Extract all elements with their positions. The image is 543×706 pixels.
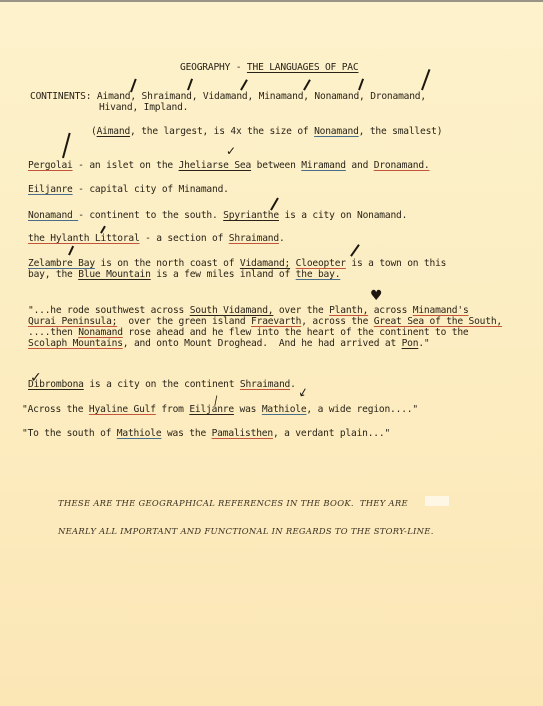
quote1-line-1: "...he rode southwest across South Vidam…	[28, 305, 469, 316]
title-prefix: GEOGRAPHY -	[180, 62, 247, 73]
entry-dibrombona: Dibrombona is a city on the continent Sh…	[28, 379, 296, 390]
text: between	[251, 160, 301, 171]
term: Miramand	[301, 160, 346, 171]
text: - a section of	[140, 233, 229, 244]
term: Mathiole	[117, 428, 162, 439]
term: Pamalisthen	[212, 428, 273, 439]
continent-hivand: Hivand	[99, 102, 132, 113]
continent-nonamand: Nonamand	[314, 91, 359, 102]
text: "To the south of	[22, 428, 117, 439]
term: Fraevarth	[251, 316, 301, 327]
term: Planth,	[329, 305, 368, 316]
term: Dronamand.	[374, 160, 430, 171]
entry-hylanth: the Hylanth Littoral - a section of Shra…	[28, 233, 285, 244]
quote2: "Across the Hyaline Gulf from Eiljanre w…	[22, 404, 418, 415]
term: Cloeopter	[296, 258, 346, 269]
heart-check-mark-icon: ♥	[370, 288, 383, 304]
text: ."	[418, 338, 429, 349]
continent-shraimand: Shraimand	[142, 91, 192, 102]
page-title: GEOGRAPHY - THE LANGUAGES OF PAC	[180, 62, 358, 73]
text: - capital city of Minamand.	[73, 184, 229, 195]
continent-dronamand: Dronamand	[370, 91, 420, 102]
text: .	[279, 233, 285, 244]
term: the bay.	[296, 269, 341, 280]
term: Shraimand	[229, 233, 279, 244]
continents-label: CONTINENTS:	[30, 91, 91, 102]
text: is a few miles inland of	[151, 269, 296, 280]
text: rose ahead and he flew into the heart of…	[123, 327, 469, 338]
continent-vidamand: Vidamand	[203, 91, 248, 102]
term: Great Sea of the South,	[374, 316, 502, 327]
term: Shraimand	[240, 379, 290, 390]
check-mark-icon	[350, 244, 359, 256]
footer-line-2: NEARLY ALL IMPORTANT AND FUNCTIONAL IN R…	[58, 526, 434, 536]
term: Blue Mountain	[78, 269, 151, 280]
check-mark-icon: ✓	[226, 144, 236, 158]
text: over the	[273, 305, 329, 316]
text: is a city on the continent	[84, 379, 240, 390]
continent-minamand: Minamand	[259, 91, 304, 102]
term: Qurai Peninsula;	[28, 316, 117, 327]
entry-eiljanre: Eiljanre - capital city of Minamand.	[28, 184, 229, 195]
check-mark-icon	[270, 197, 278, 210]
quote1-line-2: Qurai Peninsula; over the green island F…	[28, 316, 502, 327]
check-mark-icon	[303, 79, 310, 90]
term: Eiljanre	[189, 404, 234, 415]
check-mark-icon	[358, 78, 364, 90]
note-nonamand: Nonamand	[314, 126, 359, 137]
text: and	[346, 160, 374, 171]
note-mid: , the largest, is 4x the size of	[130, 126, 314, 137]
term: Pon	[402, 338, 419, 349]
term: Hyaline Gulf	[89, 404, 156, 415]
check-mark-icon	[62, 133, 70, 159]
text: is a town on this	[346, 258, 446, 269]
text: - an islet on the	[73, 160, 179, 171]
continent-impland: Impland	[144, 102, 183, 113]
text: across	[368, 305, 413, 316]
term: Spyrianthe	[223, 210, 279, 221]
text: , across the	[301, 316, 374, 327]
term: Nonamand	[78, 327, 123, 338]
text: from	[156, 404, 189, 415]
text: "Across the	[22, 404, 89, 415]
note-aimand: Aimand	[97, 126, 130, 137]
text: ....then	[28, 327, 78, 338]
continents-line-2: Hivand, Impland.	[99, 102, 188, 113]
text: over the green island	[117, 316, 251, 327]
note-end: , the smallest)	[359, 126, 443, 137]
term: South Vidamand,	[190, 305, 274, 316]
entry-pergolai: Pergolai - an islet on the Jheliarse Sea…	[28, 160, 430, 171]
text: , a wide region...."	[306, 404, 418, 415]
term: Vidamand;	[240, 258, 290, 269]
term: Eiljanre	[28, 184, 73, 195]
text: .	[290, 379, 296, 390]
footer-line-1: THESE ARE THE GEOGRAPHICAL REFERENCES IN…	[58, 498, 408, 508]
continents-size-note: (Aimand, the largest, is 4x the size of …	[91, 126, 442, 137]
term: Jheliarse Sea	[179, 160, 252, 171]
continents-line-1: CONTINENTS: Aimand, Shraimand, Vidamand,…	[30, 91, 426, 102]
term: Pergolai	[28, 160, 73, 171]
continent-aimand: Aimand	[97, 91, 130, 102]
circled-check-mark-icon: ✓	[30, 370, 42, 386]
check-mark-icon	[421, 69, 430, 90]
text: is on the north coast of	[95, 258, 240, 269]
correction-whiteout	[425, 496, 449, 506]
term: Minamand's	[413, 305, 469, 316]
term: Scolaph Mountains	[28, 338, 123, 349]
quote1-line-3: ....then Nonamand rose ahead and he flew…	[28, 327, 469, 338]
check-mark-icon	[240, 79, 247, 90]
text: , a verdant plain..."	[273, 428, 390, 439]
text: was	[234, 404, 262, 415]
term: the Hylanth Littoral	[28, 233, 140, 244]
text: was the	[161, 428, 211, 439]
text: "...he rode southwest across	[28, 305, 190, 316]
check-mark-icon	[68, 246, 74, 256]
title-underlined: THE LANGUAGES OF PAC	[247, 62, 359, 73]
check-mark-icon	[187, 78, 193, 90]
quote3: "To the south of Mathiole was the Pamali…	[22, 428, 390, 439]
term: Zelambre Bay	[28, 258, 95, 269]
term: Nonamand	[28, 210, 78, 221]
check-mark-icon: ↙	[296, 384, 309, 400]
text: bay, the	[28, 269, 78, 280]
term: Mathiole	[262, 404, 307, 415]
entry-zelambre-line-2: bay, the Blue Mountain is a few miles in…	[28, 269, 340, 280]
entry-zelambre-line-1: Zelambre Bay is on the north coast of Vi…	[28, 258, 446, 269]
text: is a city on Nonamand.	[279, 210, 407, 221]
typed-document-page: GEOGRAPHY - THE LANGUAGES OF PAC CONTINE…	[0, 0, 543, 706]
entry-nonamand: Nonamand - continent to the south. Spyri…	[28, 210, 407, 221]
text: - continent to the south.	[78, 210, 223, 221]
text: , and onto Mount Droghead. And he had ar…	[123, 338, 402, 349]
quote1-line-4: Scolaph Mountains, and onto Mount Droghe…	[28, 338, 429, 349]
